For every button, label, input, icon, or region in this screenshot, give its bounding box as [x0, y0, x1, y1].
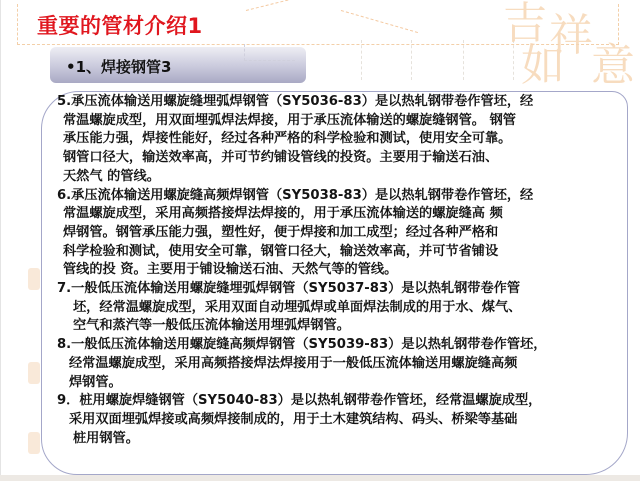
text-line: 桩用钢管。 [57, 430, 627, 449]
slide: 吉 祥 如 意 重要的管材介绍1 •1、焊接钢管3 5.承压流体输送用螺旋缝埋弧… [0, 0, 640, 475]
text-line: 采用双面埋弧焊接或高频焊接制成的，用于土木建筑结构、码头、桥梁等基础 [57, 411, 627, 430]
text-line: 坯，经常温螺旋成型，采用双面自动埋弧焊或单面焊法制成的用于水、煤气、 [57, 299, 627, 318]
text-line: 常温螺旋成型，采用高频搭接焊法焊接的，用于承压流体输送的螺旋缝高 频 [57, 205, 627, 224]
text-line: 9．桩用螺旋焊缝钢管（SY5040-83）是以热轧钢带卷作管坯，经常温螺旋成型， [57, 392, 627, 411]
list-item: 5.承压流体输送用螺旋缝埋弧焊钢管（SY5036-83）是以热轧钢带卷作管坯，经… [57, 93, 627, 187]
bottom-border [0, 475, 640, 481]
watermark-char: 意 [591, 44, 635, 88]
content-text: 5.承压流体输送用螺旋缝埋弧焊钢管（SY5036-83）是以热轧钢带卷作管坯，经… [57, 93, 627, 448]
text-line: 焊钢管。 [57, 374, 627, 393]
dashed-guide [361, 40, 362, 80]
list-item: 9．桩用螺旋焊缝钢管（SY5040-83）是以热轧钢带卷作管坯，经常温螺旋成型，… [57, 392, 627, 448]
text-line: 空气和蒸汽等一般低压流体输送用埋弧焊钢管。 [57, 317, 627, 336]
text-line: 焊钢管。钢管承压能力强，塑性好，便于焊接和加工成型；经过各种严格和 [57, 224, 627, 243]
text-line: 7.一般低压流体输送用螺旋缝埋弧焊钢管（SY5037-83）是以热轧钢带卷作管 [57, 280, 627, 299]
watermark-char: 如 [521, 44, 565, 88]
section-header-label: •1、焊接钢管3 [66, 56, 171, 77]
text-line: 6.承压流体输送用螺旋缝高频焊钢管（SY5038-83）是以热轧钢带卷作管坯，经 [57, 187, 627, 206]
text-line: 天然气 的管线。 [57, 168, 627, 187]
side-seal-decoration [28, 432, 40, 454]
header-accent-decoration [244, 44, 295, 61]
list-item: 8.一般低压流体输送用螺旋缝高频焊钢管（SY5039-83）是以热轧钢带卷作管坯… [57, 336, 627, 392]
text-line: 8.一般低压流体输送用螺旋缝高频焊钢管（SY5039-83）是以热轧钢带卷作管坯… [57, 336, 627, 355]
text-line: 5.承压流体输送用螺旋缝埋弧焊钢管（SY5036-83）是以热轧钢带卷作管坯，经 [57, 93, 627, 112]
list-item: 6.承压流体输送用螺旋缝高频焊钢管（SY5038-83）是以热轧钢带卷作管坯，经… [57, 187, 627, 281]
text-line: 承压能力强，焊接性能好，经过各种严格的科学检验和测试，使用安全可靠。 [57, 130, 627, 149]
text-line: 经常温螺旋成型，采用高频搭接焊法焊接用于一般低压流体输送用螺旋缝高频 [57, 355, 627, 374]
side-seal-decoration [28, 268, 40, 290]
dashed-guide [463, 40, 464, 80]
list-item: 7.一般低压流体输送用螺旋缝埋弧焊钢管（SY5037-83）是以热轧钢带卷作管 … [57, 280, 627, 336]
page-title: 重要的管材介绍1 [37, 10, 203, 40]
side-seal-decoration [28, 362, 40, 384]
text-line: 管线的投 资。主要用于铺设输送石油、天然气等的管线。 [57, 261, 627, 280]
text-line: 常温螺旋成型，用双面埋弧焊法焊接，用于承压流体输送的螺旋缝钢管。 钢管 [57, 112, 627, 131]
watermark-calligraphy: 吉 祥 如 意 [499, 0, 640, 95]
dashed-guide [411, 40, 412, 80]
text-line: 科学检验和测试，使用安全可靠，钢管口径大，输送效率高，并可节省铺设 [57, 243, 627, 262]
text-line: 钢管口径大，输送效率高，并可节约铺设管线的投资。主要用于输送石油、 [57, 149, 627, 168]
